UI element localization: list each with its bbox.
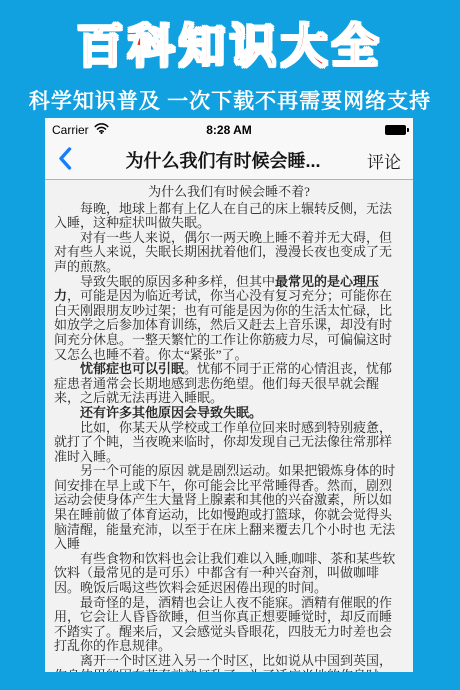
phone-screen: Carrier 8:28 AM [45,118,413,672]
chevron-left-icon [58,147,72,173]
article-text-run: 每晚，地球上都有上亿人在自己的床上辗转反侧，无法入睡，这种症状叫做失眠。 [54,201,392,231]
app-screenshot: 百科知识大全 科学知识普及 一次下载不再需要网络支持 Carrier 8:28 … [0,10,460,115]
back-button[interactable] [45,141,85,179]
article-paragraph: 另一个可能的原因 就是剧烈运动。如果把锻炼身体的时间安排在早上或下午，你可能会比… [54,464,404,552]
article-text-run: 对有一些人来说，偶尔一两天晚上睡不着并无大碍，但对有些人来说，失眠长期困扰着他们… [54,230,392,274]
status-bar-left: Carrier [52,123,206,137]
article-paragraph: 还有许多其他原因会导致失眠。 [54,406,404,421]
article-paragraph: 导致失眠的原因多种多样，但其中最常见的是心理压力，可能是因为临近考试，你当心没有… [54,275,404,363]
article-paragraph: 对有一些人来说，偶尔一两天晚上睡不着并无大碍，但对有些人来说，失眠长期困扰着他们… [54,231,404,275]
article-text-run: 比如，你某天从学校或工作单位回来时感到特别疲惫，就打了个盹，当夜晚来临时，你却发… [54,420,392,464]
article-paragraph: 有些食物和饮料也会让我们难以入睡,咖啡、茶和某些软饮料（最常见的是可乐）中都含有… [54,552,404,596]
article-text-run: 最奇怪的是，酒精也会让人夜不能寐。酒精有催眠的作用，它会让人昏昏欲睡，但当你真正… [54,595,392,654]
article-bold-run: 还有许多其他原因会导致失眠。 [80,405,262,420]
article-body: 每晚，地球上都有上亿人在自己的床上辗转反侧，无法入睡，这种症状叫做失眠。对有一些… [54,202,404,672]
article-text-run: 另一个可能的原因 就是剧烈运动。如果把锻炼身体的时间安排在早上或下午，你可能会比… [54,463,395,551]
article-paragraph: 比如，你某天从学校或工作单位回来时感到特别疲惫，就打了个盹，当夜晚来临时，你却发… [54,421,404,465]
article-text-run: 有些食物和饮料也会让我们难以入睡,咖啡、茶和某些软饮料（最常见的是可乐）中都含有… [54,551,395,595]
banner-subtitle: 科学知识普及 一次下载不再需要网络支持 [0,85,460,115]
article-bold-run: 忧郁症也可以引眠 [80,361,184,376]
battery-icon [385,125,406,135]
article-scroll-area[interactable]: 为什么我们有时候会睡不着? 每晚，地球上都有上亿人在自己的床上辗转反侧，无法入睡… [45,180,413,672]
promo-banner: 百科知识大全 科学知识普及 一次下载不再需要网络支持 [0,10,460,115]
nav-title: 为什么我们有时候会睡... [85,147,361,173]
article-paragraph: 每晚，地球上都有上亿人在自己的床上辗转反侧，无法入睡，这种症状叫做失眠。 [54,202,404,231]
article-text-run: 导致失眠的原因多种多样，但其中 [80,274,275,289]
comments-button[interactable]: 评论 [361,148,413,173]
status-time: 8:28 AM [206,123,252,137]
status-bar: Carrier 8:28 AM [45,118,413,141]
banner-title: 百科知识大全 [0,10,460,76]
article-text-run: 离开一个时区进入另一个时区，比如说从中国到英国，你身体里的固有节奏就被打乱了。为… [54,653,392,672]
article-title: 为什么我们有时候会睡不着? [54,185,404,200]
wifi-icon [94,123,109,137]
article-paragraph: 忧郁症也可以引眠。忧郁不同于正常的心情沮丧，忧郁症患者通常会长期地感到悲伤绝望。… [54,362,404,406]
status-bar-right [252,125,406,135]
carrier-label: Carrier [52,123,89,137]
nav-bar: 为什么我们有时候会睡... 评论 [45,141,413,180]
article-text-run: ，可能是因为临近考试，你当心没有复习充分；可能你在白天刚跟朋友吵过架；也有可能是… [54,288,392,361]
article-paragraph: 离开一个时区进入另一个时区，比如说从中国到英国，你身体里的固有节奏就被打乱了。为… [54,654,404,672]
article-paragraph: 最奇怪的是，酒精也会让人夜不能寐。酒精有催眠的作用，它会让人昏昏欲睡，但当你真正… [54,596,404,654]
